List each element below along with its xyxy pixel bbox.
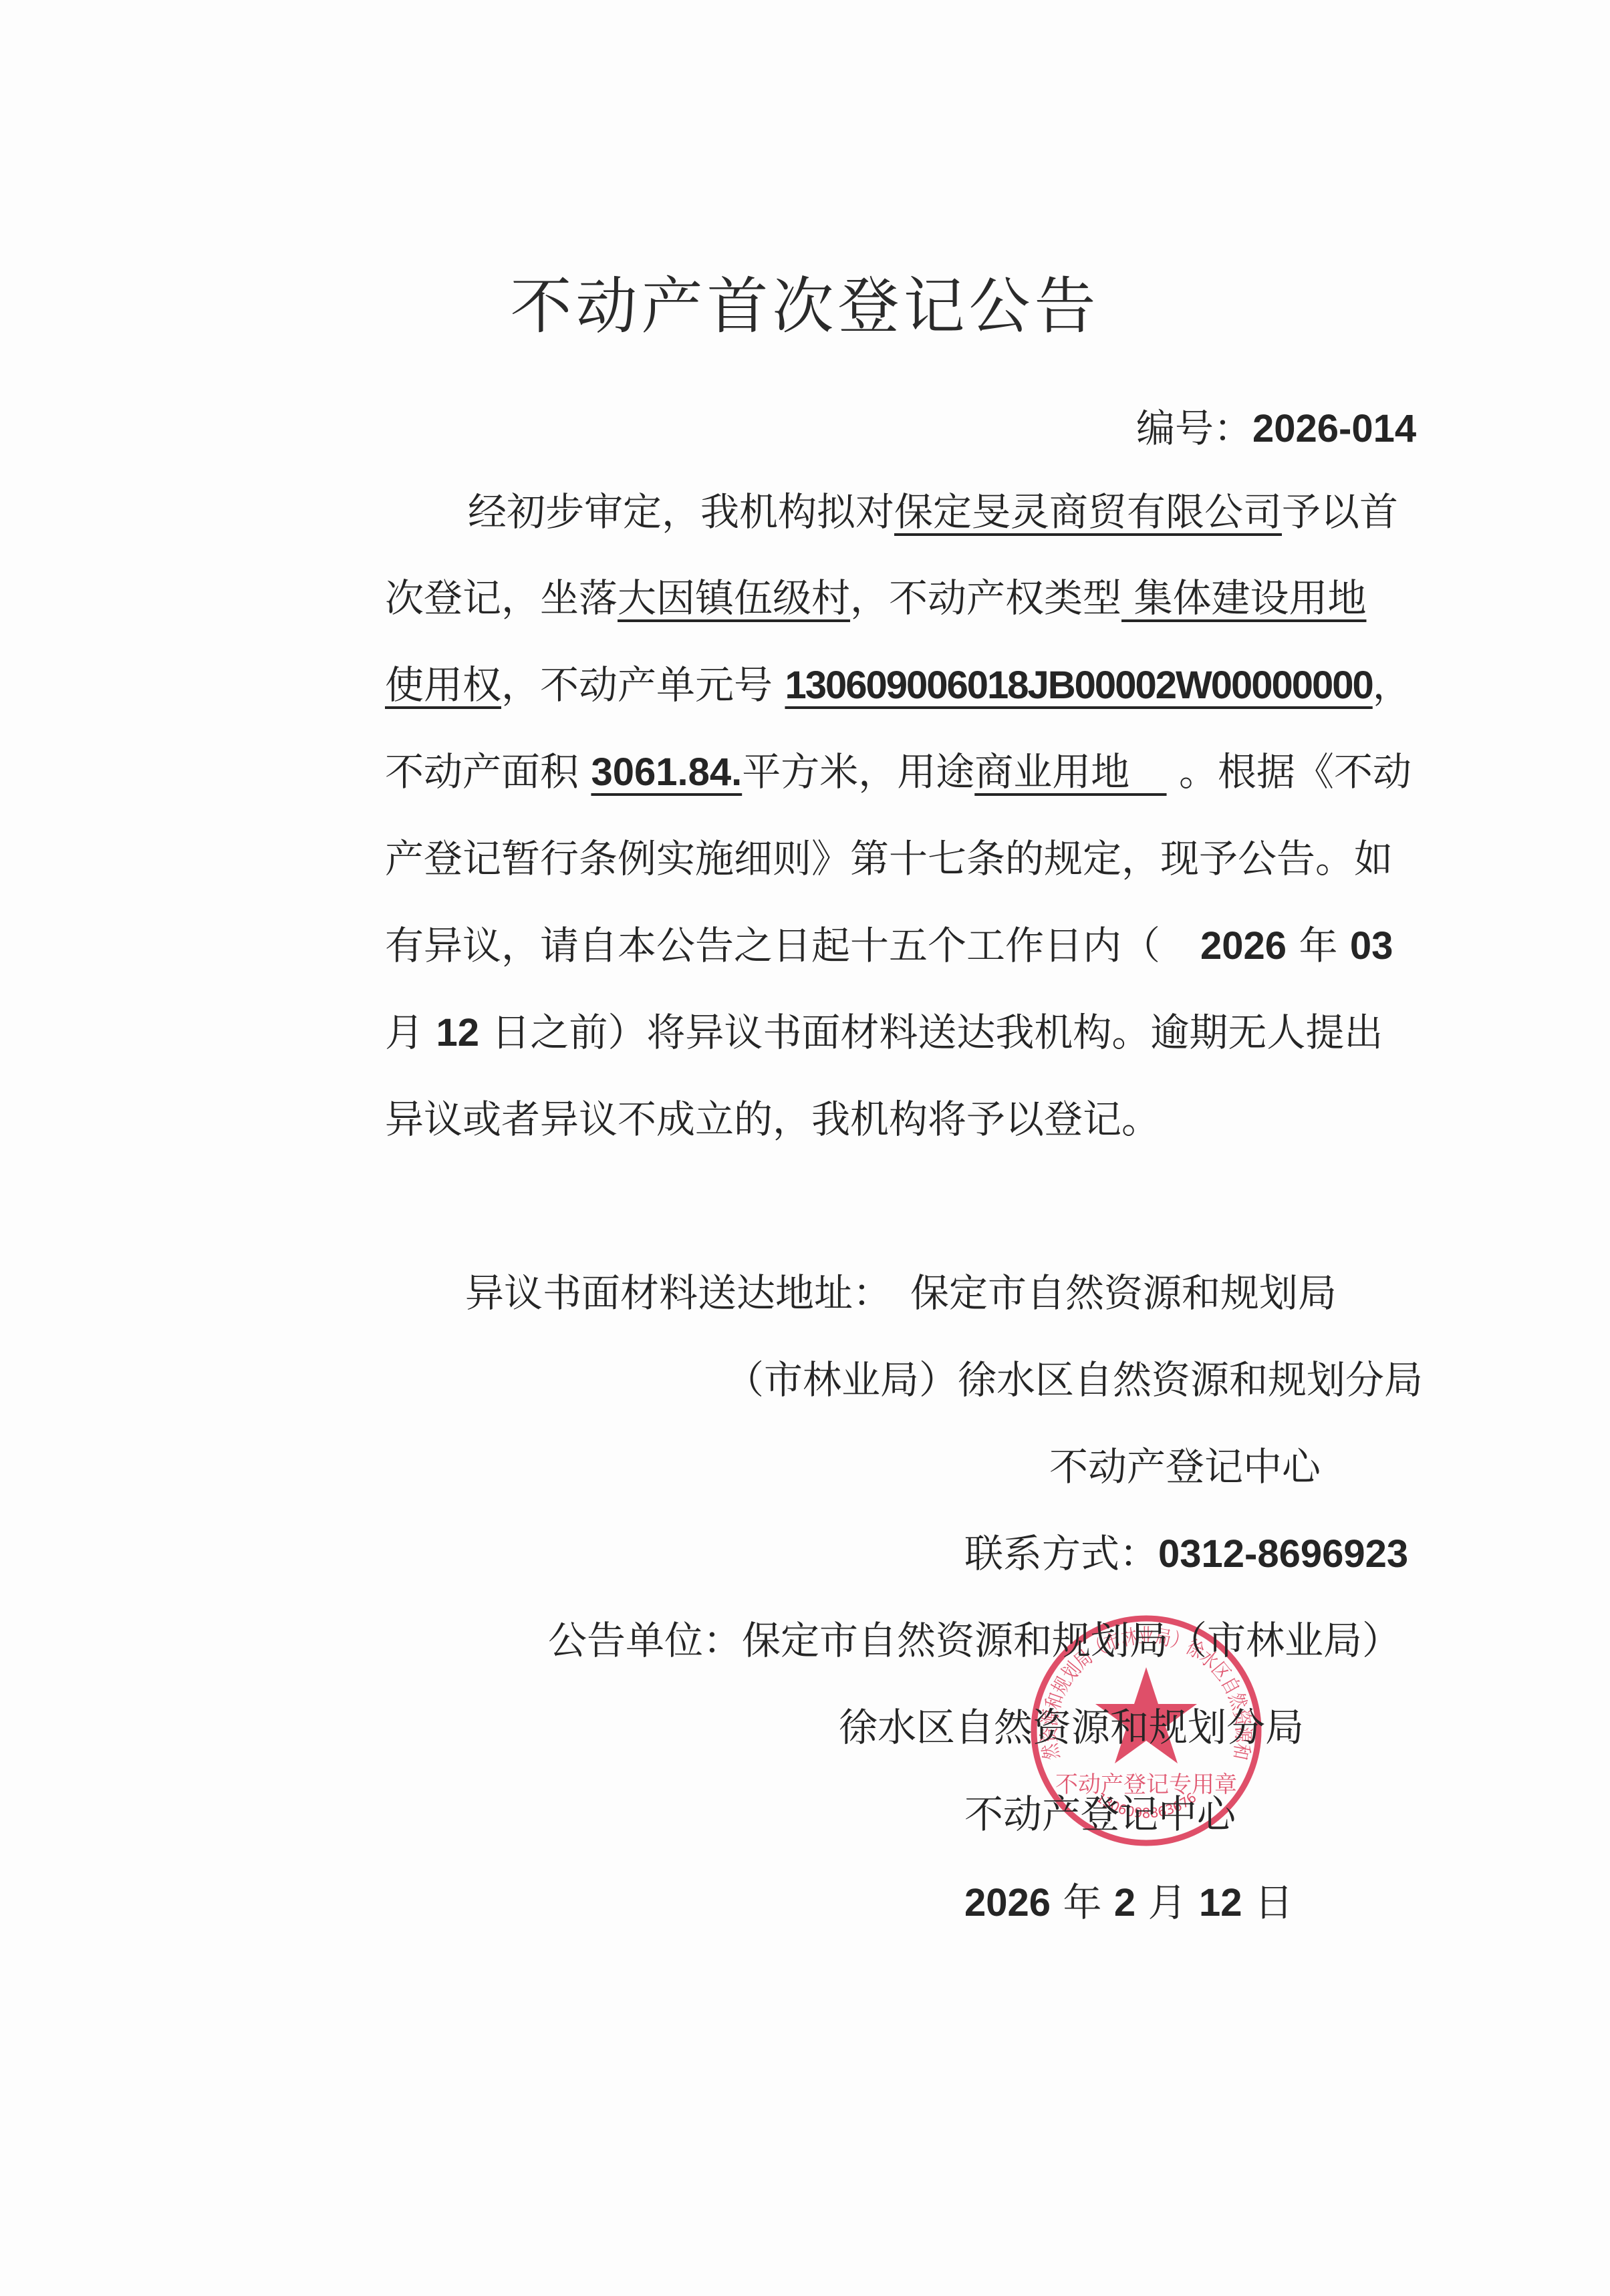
issuer-name-1: 保定市自然资源和规划局（市林业局） [742,1618,1401,1663]
usage: 商业用地 [974,749,1166,795]
date-day: 12 [1199,1881,1242,1924]
area-value: 3061.84. [591,750,742,794]
body-text: ，不动产权类型 [850,575,1121,621]
body-line-3: 使用权，不动产单元号 130609006018JB00002W00000000， [385,666,1412,705]
date-unit: 月 [1135,1880,1199,1925]
right-type-cont: 使用权 [385,662,501,708]
page-title: 不动产首次登记公告 [0,257,1610,345]
address-label: 异议书面材料送达地址： [465,1270,892,1316]
notice-number: 编号：2026-014 [1136,409,1416,448]
body-text: 予以首 [1282,489,1398,535]
contact-line: 联系方式：0312-8696923 [964,1534,1408,1574]
body-text: 日之前）将异议书面材料送达我机构。逾期无人提出 [479,1010,1383,1055]
body-line-2: 次登记，坐落大因镇伍级村，不动产权类型 集体建设用地 [385,579,1366,617]
applicant-name: 保定旻灵商贸有限公司 [894,489,1282,535]
deadline-year: 2026 [1200,924,1287,968]
issuer-label: 公告单位： [548,1618,742,1663]
body-line-8: 异议或者异议不成立的，我机构将予以登记。 [385,1100,1160,1139]
body-text: 年 [1287,923,1350,968]
body-text: ，不动产单元号 [501,662,785,708]
body-text: 月 [385,1010,436,1055]
body-line-5: 产登记暂行条例实施细则》第十七条的规定，现予公告。如 [385,839,1393,878]
address-line-2: （市林业局）徐水区自然资源和规划分局 [725,1360,1423,1399]
date-unit: 日 [1242,1880,1293,1925]
address-line-3: 不动产登记中心 [1049,1447,1321,1486]
contact-phone: 0312-8696923 [1158,1532,1408,1576]
number-label: 编号： [1136,406,1252,451]
document-page: 不动产首次登记公告 编号：2026-014 经初步审定，我机构拟对保定旻灵商贸有… [0,0,1610,2296]
body-line-1: 经初步审定，我机构拟对保定旻灵商贸有限公司予以首 [468,492,1398,531]
body-text: 不动产面积 [385,749,591,795]
body-text: 经初步审定，我机构拟对 [468,489,894,535]
deadline-month: 03 [1350,924,1393,968]
deadline-day: 12 [436,1011,479,1054]
body-line-6: 有异议，请自本公告之日起十五个工作日内（2026 年 03 [385,926,1393,966]
body-text: 。根据《不动 [1167,749,1412,795]
date-unit: 年 [1051,1880,1114,1925]
body-text: ， [1373,662,1412,708]
body-text: 次登记，坐落 [385,575,618,621]
right-type: 集体建设用地 [1121,575,1366,621]
body-text: 平方米，用途 [742,749,974,795]
body-line-7: 月 12 日之前）将异议书面材料送达我机构。逾期无人提出 [385,1013,1383,1052]
number-value: 2026-014 [1252,407,1416,450]
unit-number: 130609006018JB00002W00000000 [785,664,1372,707]
body-line-4: 不动产面积 3061.84.平方米，用途商业用地 。根据《不动 [385,752,1412,792]
issuer-line-3: 不动产登记中心 [964,1795,1236,1834]
date-month: 2 [1114,1881,1135,1924]
issue-date: 2026 年 2 月 12 日 [964,1883,1293,1922]
issuer-line-2: 徐水区自然资源和规划分局 [839,1708,1304,1747]
date-year: 2026 [964,1881,1051,1924]
property-location: 大因镇伍级村 [618,575,850,621]
address-line-1: 异议书面材料送达地址：保定市自然资源和规划局 [465,1274,1337,1312]
contact-label: 联系方式： [964,1531,1158,1576]
body-text: 有异议，请自本公告之日起十五个工作日内（ [385,923,1160,968]
address-value-1: 保定市自然资源和规划局 [910,1270,1337,1316]
issuer-line-1: 公告单位：保定市自然资源和规划局（市林业局） [548,1621,1401,1660]
